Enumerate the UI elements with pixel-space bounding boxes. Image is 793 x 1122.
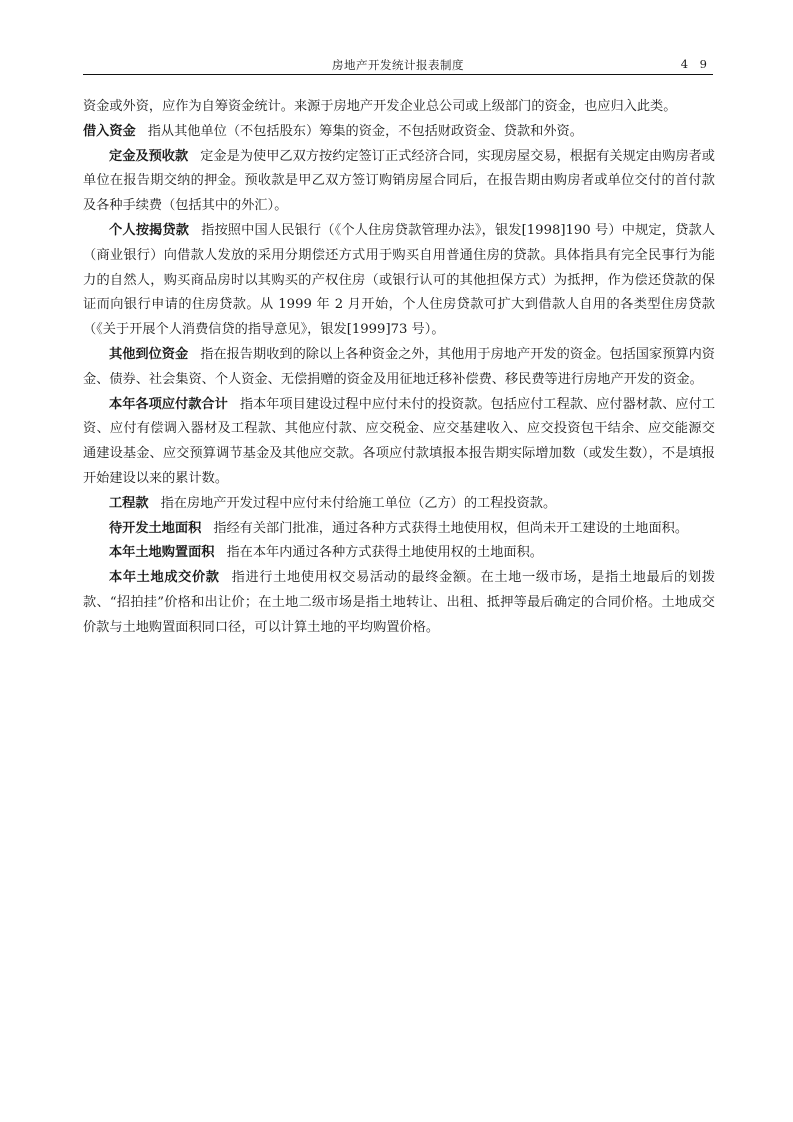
definition: 指按照中国人民银行（《个人住房贷款管理办法》，银发[1998]190 号）中规定…	[83, 223, 715, 337]
term: 个人按揭贷款	[109, 223, 189, 238]
paragraph-borrowed-funds: 借入资金指从其他单位（不包括股东）筹集的资金，不包括财政资金、贷款和外资。	[83, 120, 715, 145]
paragraph-land-price: 本年土地成交价款指进行土地使用权交易活动的最终金额。在土地一级市场，是指土地最后…	[83, 566, 715, 640]
definition: 资金或外资，应作为自筹资金统计。来源于房地产开发企业总公司或上级部门的资金，也应…	[83, 99, 676, 114]
page-number: 4 9	[681, 57, 711, 71]
paragraph-continuation: 资金或外资，应作为自筹资金统计。来源于房地产开发企业总公司或上级部门的资金，也应…	[83, 95, 715, 120]
term: 工程款	[109, 496, 149, 511]
header-title: 房地产开发统计报表制度	[83, 57, 713, 73]
page-header: 房地产开发统计报表制度 4 9	[83, 56, 713, 75]
definition: 指从其他单位（不包括股东）筹集的资金，不包括财政资金、贷款和外资。	[148, 124, 583, 139]
definition: 指在本年内通过各种方式获得土地使用权的土地面积。	[227, 545, 544, 560]
term: 定金及预收款	[109, 149, 188, 164]
term: 本年各项应付款合计	[109, 397, 228, 412]
paragraph-engineering-payments: 工程款指在房地产开发过程中应付未付给施工单位（乙方）的工程投资款。	[83, 492, 715, 517]
paragraph-land-pending: 待开发土地面积指经有关部门批准，通过各种方式获得土地使用权，但尚未开工建设的土地…	[83, 517, 715, 542]
term: 待开发土地面积	[109, 521, 201, 536]
paragraph-other-funds: 其他到位资金指在报告期收到的除以上各种资金之外，其他用于房地产开发的资金。包括国…	[83, 343, 715, 393]
paragraph-deposits-advances: 定金及预收款定金是为使甲乙双方按约定签订正式经济合同，实现房屋交易，根据有关规定…	[83, 145, 715, 219]
term: 本年土地成交价款	[109, 570, 220, 585]
paragraph-mortgage-loans: 个人按揭贷款指按照中国人民银行（《个人住房贷款管理办法》，银发[1998]190…	[83, 219, 715, 343]
document-body: 资金或外资，应作为自筹资金统计。来源于房地产开发企业总公司或上级部门的资金，也应…	[83, 95, 715, 641]
term: 借入资金	[83, 124, 136, 139]
definition: 指经有关部门批准，通过各种方式获得土地使用权，但尚未开工建设的土地面积。	[213, 521, 688, 536]
term: 其他到位资金	[109, 347, 188, 362]
definition: 指在房地产开发过程中应付未付给施工单位（乙方）的工程投资款。	[161, 496, 557, 511]
term: 本年土地购置面积	[109, 545, 215, 560]
paragraph-land-purchased: 本年土地购置面积指在本年内通过各种方式获得土地使用权的土地面积。	[83, 541, 715, 566]
paragraph-payables-total: 本年各项应付款合计指本年项目建设过程中应付未付的投资款。包括应付工程款、应付器材…	[83, 393, 715, 492]
